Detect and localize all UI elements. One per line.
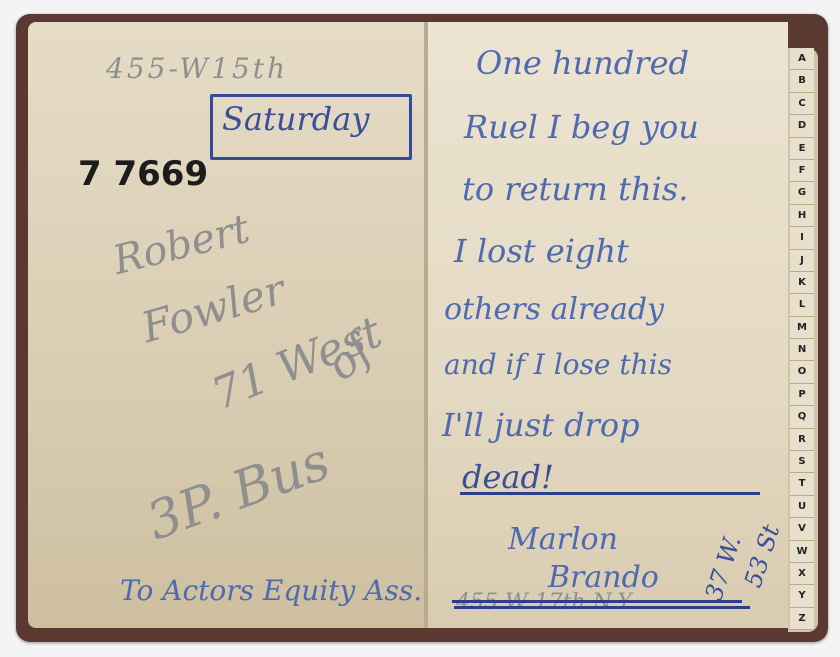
index-tab-c[interactable]: C xyxy=(790,93,814,115)
index-tab-f[interactable]: F xyxy=(790,160,814,182)
index-tab-m[interactable]: M xyxy=(790,317,814,339)
index-tab-i[interactable]: I xyxy=(790,227,814,249)
boxed-word: Saturday xyxy=(222,100,369,138)
note-line-8: dead! xyxy=(462,458,554,496)
index-tab-z[interactable]: Z xyxy=(790,608,814,630)
index-tab-g[interactable]: G xyxy=(790,182,814,204)
index-tab-b[interactable]: B xyxy=(790,70,814,92)
note-line-7: I'll just drop xyxy=(442,406,640,444)
index-tab-l[interactable]: L xyxy=(790,294,814,316)
index-tab-n[interactable]: N xyxy=(790,339,814,361)
note-line-5: others already xyxy=(444,292,664,327)
index-tab-k[interactable]: K xyxy=(790,272,814,294)
index-tab-a[interactable]: A xyxy=(790,48,814,70)
index-tab-e[interactable]: E xyxy=(790,138,814,160)
alphabet-index-tabs: A B C D E F G H I J K L M N O P Q R S T … xyxy=(788,48,818,632)
footer-note: To Actors Equity Ass. xyxy=(120,574,422,607)
index-tab-s[interactable]: S xyxy=(790,451,814,473)
note-line-3: to return this. xyxy=(462,170,688,208)
left-page: 455-W15th Saturday 7 7669 Robert Fowler … xyxy=(28,22,426,628)
index-tab-t[interactable]: T xyxy=(790,473,814,495)
divider-stroke xyxy=(460,492,760,495)
pencil-name-1: Robert xyxy=(108,206,254,284)
note-line-4: I lost eight xyxy=(454,232,629,270)
side-address-1: 37 W. xyxy=(700,532,747,604)
index-tab-r[interactable]: R xyxy=(790,429,814,451)
index-tab-w[interactable]: W xyxy=(790,541,814,563)
signature-first: Marlon xyxy=(508,522,618,557)
note-line-6: and if I lose this xyxy=(444,348,672,381)
index-tab-x[interactable]: X xyxy=(790,563,814,585)
pencil-name-2: Fowler xyxy=(136,265,290,352)
strike-line-1 xyxy=(452,600,742,603)
index-tab-y[interactable]: Y xyxy=(790,585,814,607)
index-tab-q[interactable]: Q xyxy=(790,406,814,428)
phone-number: 7 7669 xyxy=(78,154,208,194)
index-tab-p[interactable]: P xyxy=(790,384,814,406)
index-tab-v[interactable]: V xyxy=(790,518,814,540)
index-tab-d[interactable]: D xyxy=(790,115,814,137)
note-line-1: One hundred xyxy=(476,44,689,82)
index-tab-u[interactable]: U xyxy=(790,496,814,518)
side-address-2: 53 St xyxy=(739,521,785,591)
note-line-2: Ruel I beg you xyxy=(464,108,699,146)
index-tab-j[interactable]: J xyxy=(790,250,814,272)
pencil-address-top: 455-W15th xyxy=(106,52,288,85)
strike-line-2 xyxy=(454,606,750,609)
pencil-bottom-note: 3P. Bus xyxy=(139,431,337,552)
index-tab-o[interactable]: O xyxy=(790,361,814,383)
right-page: One hundred Ruel I beg you to return thi… xyxy=(428,22,788,628)
index-tab-h[interactable]: H xyxy=(790,205,814,227)
